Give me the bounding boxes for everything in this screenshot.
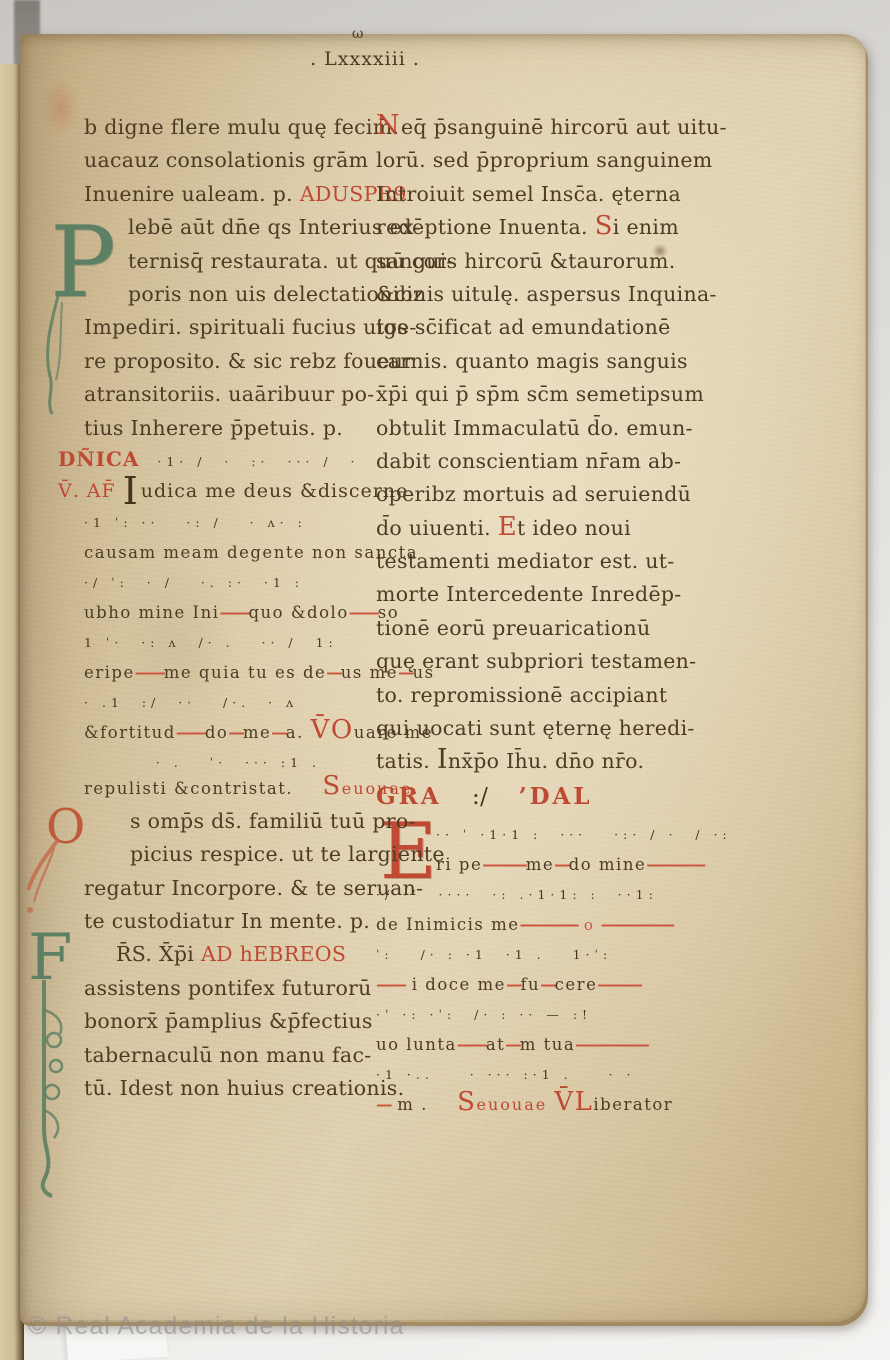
- manuscript-text: quę erant subpriori testamen-: [376, 649, 696, 673]
- manuscript-line: tos sc̄ificat ad emundationē: [376, 312, 686, 345]
- manuscript-line: redēptione Inuenta. Si enim: [376, 212, 686, 245]
- manuscript-line: dabit conscientiam nr̄am ab-: [376, 446, 686, 479]
- manuscript-text: &cinis uitulę. aspersus Inquina-: [376, 282, 717, 306]
- manuscript-text: te custodiatur In mente. p.: [84, 909, 370, 933]
- manuscript-text: carnis. quanto magis sanguis: [376, 349, 688, 373]
- manuscript-text: re proposito. & sic rebz foueur: [84, 349, 413, 373]
- right-text-column: Neq̄ p̄sanguinē hircorū aut uitu-lorū. s…: [376, 112, 686, 1122]
- neume-row: ·/ ·ˈ ···· ·: .·1·1: : ··1:: [376, 882, 686, 912]
- manuscript-text: Impediri. spirituali fucius uige-: [84, 315, 417, 339]
- manuscript-line: b digne flere mulu quę fecim̄.: [84, 112, 384, 145]
- manuscript-text: tos sc̄ificat ad emundationē: [376, 315, 671, 339]
- manuscript-line: poris non uis delectationibz: [128, 279, 384, 312]
- rubric-text: ——: [349, 603, 378, 622]
- manuscript-text: lorū. sed p̄proprium sanguinem: [376, 148, 713, 172]
- manuscript-text: i doce me: [405, 975, 506, 994]
- neume-glyphs: 1 ˈ· ·: ʌ /· . ·· / 1:: [84, 635, 338, 650]
- manuscript-text: ri pe: [436, 855, 482, 874]
- manuscript-line: R̄S. X̄p̄i AD hEBREOS: [116, 939, 384, 972]
- manuscript-text: atransitoriis. uaāribuur po-: [84, 382, 374, 406]
- manuscript-text: &fortitud: [84, 723, 176, 742]
- neume-row: ·/ ˈ: · / ·. :· ·1 :: [84, 570, 384, 600]
- manuscript-text: causam meam degente non sancta: [84, 543, 418, 562]
- manuscript-line: tabernaculū non manu fac-: [84, 1040, 384, 1073]
- neume-row: ·· ˈ ·1·1 : ··· ·:· / · / ·:: [436, 822, 686, 852]
- rubric-text: N: [376, 110, 400, 141]
- neume-row: ·ˈ ·: ·ˈ: /· : ·· — :!: [376, 1002, 686, 1032]
- initial-F-green: F: [28, 928, 72, 988]
- manuscript-text: a.: [286, 723, 311, 742]
- rubric-text: ——: [457, 1035, 486, 1054]
- rubric-text: S: [293, 771, 342, 801]
- manuscript-text: tū. Idest non huius creationis.: [84, 1076, 404, 1100]
- rubric-text: —: [326, 663, 341, 682]
- rubric-text: ’DAL: [519, 783, 593, 810]
- manuscript-line: quę erant subpriori testamen-: [376, 646, 686, 679]
- manuscript-text: i enim: [613, 215, 679, 239]
- manuscript-line: —— i doce me—fu—cere———: [376, 972, 686, 1002]
- manuscript-text: at: [486, 1035, 505, 1054]
- neume-glyphs: ·1 ·.. · ··· :·1 . · ·: [376, 1067, 635, 1082]
- rubric-text: ———: [597, 975, 641, 994]
- manuscript-line: s omp̄s ds̄. familiū tuū pro-: [130, 806, 384, 839]
- manuscript-text: uacauz consolationis grām: [84, 148, 368, 172]
- manuscript-text: x̄p̄i qui p̄ sp̄m sc̄m semetipsum: [376, 382, 704, 406]
- folio-number: . Lxxxxiii .: [290, 48, 440, 70]
- neume-glyphs: ˈ: /· : ·1 ·1 . 1·ˈ:: [376, 947, 612, 962]
- quire-mark: ω: [352, 26, 363, 42]
- neume-row: ·1 ·.. · ··· :·1 . · ·: [376, 1062, 686, 1092]
- manuscript-line: Neq̄ p̄sanguinē hircorū aut uitu-: [376, 112, 686, 145]
- manuscript-line: &cinis uitulę. aspersus Inquina-: [376, 279, 686, 312]
- manuscript-line: obtulit Immaculatū d̄o. emun-: [376, 413, 686, 446]
- neume-glyphs: ·· ˈ ·1·1 : ··· ·:· / · / ·:: [436, 827, 732, 842]
- manuscript-text: Introiuit semel Insc̄a. ęterna: [376, 182, 681, 206]
- neume-glyphs: · .1 :/ ·· /·. · ʌ: [84, 695, 298, 710]
- manuscript-text: s omp̄s ds̄. familiū tuū pro-: [130, 809, 416, 833]
- manuscript-text: do mine: [569, 855, 647, 874]
- manuscript-text: me quia tu es de: [164, 663, 327, 682]
- manuscript-text: d̄o uiuenti.: [376, 516, 498, 540]
- manuscript-line: re proposito. & sic rebz foueur: [84, 346, 384, 379]
- manuscript-text: me: [243, 723, 271, 742]
- manuscript-text: eq̄ p̄sanguinē hircorū aut uitu-: [401, 115, 727, 139]
- manuscript-text: m tua: [520, 1035, 576, 1054]
- manuscript-text: Inuenire ualeam. p.: [84, 182, 300, 206]
- manuscript-line: regatur Incorpore. & te seruan-: [84, 873, 384, 906]
- manuscript-line: tatis. Inx̄p̄o Ih̄u. dn̄o nr̄o.: [376, 746, 686, 779]
- manuscript-text: dabit conscientiam nr̄am ab-: [376, 449, 681, 473]
- rubric-text: ——: [135, 663, 164, 682]
- neume-glyphs: ·1· / · :· ··· / ·: [139, 454, 359, 469]
- manuscript-line: to. repromissionē accipiant: [376, 680, 686, 713]
- neume-glyphs: ·ˈ ·: ·ˈ: /· : ·· — :!: [376, 1007, 592, 1022]
- manuscript-text: sanguis hircorū &taurorum.: [376, 249, 676, 273]
- manuscript-text: iberator: [593, 1095, 673, 1114]
- rubric-text: —————: [601, 915, 674, 934]
- neume-glyphs: ·1 ˈ: ·· ·: / · ʌ· :: [84, 515, 307, 530]
- manuscript-text: R̄S. X̄p̄i: [116, 942, 201, 966]
- manuscript-text: tatis.: [376, 749, 437, 773]
- neume-glyphs: · . ˈ· ··· :1 .: [84, 755, 321, 770]
- rubric-text: euouae: [477, 1095, 555, 1114]
- rubric-text: ————: [646, 855, 704, 874]
- rubric-text: —: [540, 975, 555, 994]
- rubric-text: ——: [176, 723, 205, 742]
- manuscript-line: Inuenire ualeam. p. ADUSPR9: [84, 179, 384, 212]
- rubric-text: —: [554, 855, 569, 874]
- manuscript-line: lorū. sed p̄proprium sanguinem: [376, 145, 686, 178]
- rubric-text: GRA: [376, 783, 442, 810]
- copyright-watermark: © Real Academia de la Historia: [28, 1312, 404, 1341]
- manuscript-line: x̄p̄i qui p̄ sp̄m sc̄m semetipsum: [376, 379, 686, 412]
- manuscript-line: de Inimicis me———— o —————: [376, 912, 686, 942]
- manuscript-line: lebē aūt dn̄e qs Interius ex-: [128, 212, 384, 245]
- rubric-text: ——: [219, 603, 248, 622]
- manuscript-line: operibz mortuis ad seruiendū: [376, 479, 686, 512]
- manuscript-line: Introiuit semel Insc̄a. ęterna: [376, 179, 686, 212]
- manuscript-text: morte Intercedente Inredēp-: [376, 582, 682, 606]
- manuscript-line: te custodiatur In mente. p.: [84, 906, 384, 939]
- manuscript-text: de Inimicis me: [376, 915, 520, 934]
- manuscript-line: repulisti &contristat. Seuouae.: [84, 776, 384, 806]
- left-text-column: b digne flere mulu quę fecim̄.uacauz con…: [84, 112, 384, 1106]
- neume-glyphs: ·/ ·ˈ ···· ·: .·1·1: : ··1:: [376, 887, 658, 902]
- manuscript-line: causam meam degente non sancta: [84, 540, 384, 570]
- neume-row: 1 ˈ· ·: ʌ /· . ·· / 1:: [84, 630, 384, 660]
- manuscript-line: uo lunta——at—m tua—————: [376, 1032, 686, 1062]
- manuscript-line: bonorx̄ p̄amplius &p̄fectius: [84, 1006, 384, 1039]
- rubric-text: —: [271, 723, 286, 742]
- manuscript-line: uacauz consolationis grām: [84, 145, 384, 178]
- manuscript-text: I: [123, 469, 139, 513]
- rubric-text: —: [505, 1035, 520, 1054]
- manuscript-line: tū. Idest non huius creationis.: [84, 1073, 384, 1106]
- manuscript-line: tionē eorū preuaricationū: [376, 613, 686, 646]
- rubric-text: —————: [575, 1035, 648, 1054]
- manuscript-text: eripe: [84, 663, 135, 682]
- manuscript-text: qui uocati sunt ęternę heredi-: [376, 716, 695, 740]
- manuscript-text: do: [205, 723, 229, 742]
- manuscript-text: cere: [555, 975, 598, 994]
- manuscript-line: GRA :/ ’DAL: [376, 780, 686, 822]
- neume-row: ˈ: /· : ·1 ·1 . 1·ˈ:: [376, 942, 686, 972]
- manuscript-text: repulisti &contristat.: [84, 779, 293, 798]
- manuscript-line: sanguis hircorū &taurorum.: [376, 246, 686, 279]
- manuscript-line: ternisq̄ restaurata. ut quū cor-: [128, 246, 384, 279]
- manuscript-line: assistens pontifex futurorū: [84, 973, 384, 1006]
- manuscript-text: quo &dolo: [248, 603, 348, 622]
- manuscript-line: d̄o uiuenti. Et ideo noui: [376, 513, 686, 546]
- rubric-text: o: [578, 916, 601, 934]
- neume-glyphs: :/: [442, 784, 519, 810]
- manuscript-text: udica me deus &discerne: [141, 480, 409, 502]
- initial-O-red: O: [46, 804, 85, 850]
- rubric-text: ————: [520, 915, 578, 934]
- manuscript-text: tius Inherere p̄petuis. p.: [84, 416, 343, 440]
- manuscript-text: m .: [391, 1095, 428, 1114]
- manuscript-text: t ideo noui: [517, 516, 631, 540]
- manuscript-text: I: [437, 744, 448, 775]
- rubric-text: S: [595, 211, 613, 241]
- neume-row: DÑICA ·1· / · :· ··· / ·: [58, 446, 384, 476]
- manuscript-text: assistens pontifex futurorū: [84, 976, 372, 1000]
- rubric-text: V̄. AF̄: [58, 480, 123, 502]
- manuscript-text: regatur Incorpore. & te seruan-: [84, 876, 423, 900]
- manuscript-line: &fortitud——do—me—a. V̄Ouare me: [84, 720, 384, 750]
- manuscript-text: nx̄p̄o Ih̄u. dn̄o nr̄o.: [448, 749, 644, 773]
- manuscript-text: obtulit Immaculatū d̄o. emun-: [376, 416, 693, 440]
- neume-row: ·1 ˈ: ·· ·: / · ʌ· :: [84, 510, 384, 540]
- manuscript-line: — m . Seuouae V̄Liberator: [376, 1092, 686, 1122]
- manuscript-text: ubho mine Ini: [84, 603, 219, 622]
- rubric-text: V̄L: [554, 1087, 593, 1117]
- manuscript-line: ubho mine Ini——quo &dolo——so: [84, 600, 384, 630]
- manuscript-line: qui uocati sunt ęternę heredi-: [376, 713, 686, 746]
- rubric-text: S: [428, 1087, 477, 1117]
- manuscript-line: morte Intercedente Inredēp-: [376, 579, 686, 612]
- manuscript-text: testamenti mediator est. ut-: [376, 549, 675, 573]
- manuscript-line: Impediri. spirituali fucius uige-: [84, 312, 384, 345]
- manuscript-line: testamenti mediator est. ut-: [376, 546, 686, 579]
- manuscript-line: V̄. AF̄ Iudica me deus &discerne: [58, 476, 384, 510]
- neume-glyphs: ·/ ˈ: · / ·. :· ·1 :: [84, 575, 304, 590]
- manuscript-text: operibz mortuis ad seruiendū: [376, 482, 691, 506]
- manuscript-line: ri pe———me—do mine————: [436, 852, 686, 882]
- manuscript-line: atransitoriis. uaāribuur po-: [84, 379, 384, 412]
- manuscript-line: tius Inherere p̄petuis. p.: [84, 413, 384, 446]
- rubric-text: E: [498, 512, 517, 542]
- rubric-text: —: [376, 1095, 391, 1114]
- manuscript-text: b digne flere mulu quę fecim̄.: [84, 115, 399, 139]
- rubric-text: ——: [376, 975, 405, 994]
- manuscript-text: uo lunta: [376, 1035, 457, 1054]
- manuscript-text: tabernaculū non manu fac-: [84, 1043, 371, 1067]
- manuscript-text: me: [526, 855, 554, 874]
- manuscript-text: tionē eorū preuaricationū: [376, 616, 651, 640]
- rubric-text: —: [228, 723, 243, 742]
- manuscript-text: to. repromissionē accipiant: [376, 683, 667, 707]
- manuscript-text: fu: [520, 975, 540, 994]
- manuscript-line: eripe——me quia tu es de—us me—us: [84, 660, 384, 690]
- rubric-text: AD hEBREOS: [201, 942, 346, 966]
- manuscript-line: picius respice. ut te largiente: [130, 839, 384, 872]
- rubric-text: —: [506, 975, 521, 994]
- manuscript-text: bonorx̄ p̄amplius &p̄fectius: [84, 1009, 373, 1033]
- rubric-text: V̄O: [311, 715, 354, 745]
- rubric-text: DÑICA: [58, 447, 139, 471]
- manuscript-text: redēptione Inuenta.: [376, 215, 595, 239]
- manuscript-line: carnis. quanto magis sanguis: [376, 346, 686, 379]
- rubric-text: ———: [482, 855, 526, 874]
